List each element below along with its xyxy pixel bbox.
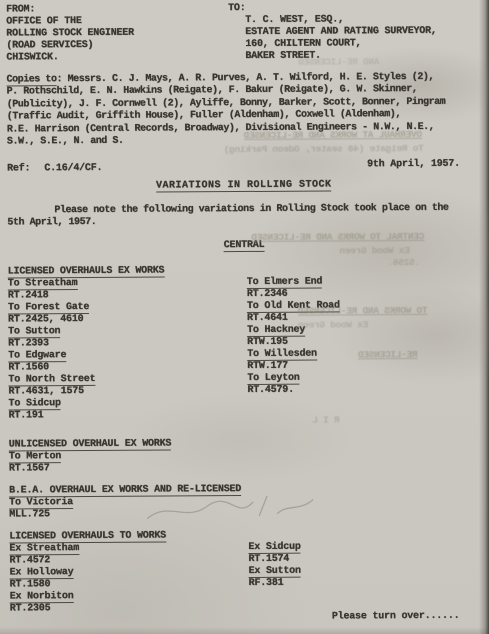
stock-numbers: RT.2346 bbox=[247, 288, 340, 301]
intro-line: 5th April, 1957. bbox=[7, 215, 485, 230]
to-label: TO: bbox=[228, 3, 245, 14]
reference-line: Ref:C.16/4/CF. bbox=[7, 163, 102, 175]
section-right-column: To Elmers End RT.2346 To Old Kent Road R… bbox=[247, 276, 341, 397]
destination-label: Ex Sutton bbox=[249, 566, 301, 578]
bleedthrough-text-artifact: OVERHAUL AT WORKS AND RE-LICENSED bbox=[244, 129, 422, 141]
bleedthrough-text-artifact: TO WORKS AND RE-LICENSED bbox=[298, 305, 428, 317]
handwriting-mark-artifact bbox=[141, 492, 321, 529]
copies-line-rest: : Messrs. C. J. Mays, A. R. Purves, A. T… bbox=[56, 72, 434, 85]
stock-numbers: RT.191 bbox=[9, 408, 479, 423]
from-address-line: OFFICE OF THE bbox=[6, 16, 134, 29]
bleedthrough-text-artifact: Ex Wood Green bbox=[340, 245, 410, 256]
bleedthrough-text-artifact: .5256. bbox=[388, 257, 420, 268]
stock-entry: Ex Sidcup RT.1574 bbox=[248, 542, 300, 566]
stock-numbers: RF.381 bbox=[249, 578, 301, 590]
destination-label: Ex Sidcup bbox=[248, 542, 300, 554]
stock-numbers: RTW.195 bbox=[247, 336, 340, 349]
intro-paragraph: Please note the following variations in … bbox=[7, 203, 485, 230]
bleedthrough-text-artifact: Ex Wood Green bbox=[298, 319, 368, 330]
from-address-line: (ROAD SERVICES) bbox=[6, 40, 134, 53]
document-content: FROM: OFFICE OF THE ROLLING STOCK ENGINE… bbox=[0, 0, 489, 634]
stock-entry: To Merton RT.1567 bbox=[9, 449, 479, 476]
stock-entry: To Elmers End RT.2346 bbox=[247, 276, 340, 301]
from-block: FROM: OFFICE OF THE ROLLING STOCK ENGINE… bbox=[6, 4, 134, 65]
copies-label: Copies to bbox=[7, 74, 57, 86]
stock-entry: To Sutton RT.2393 bbox=[8, 324, 478, 351]
document-page: FROM: OFFICE OF THE ROLLING STOCK ENGINE… bbox=[0, 0, 489, 634]
section-licensed-overhauls-to-works: LICENSED OVERHAULS TO WORKS Ex Streatham… bbox=[9, 529, 480, 616]
stock-entry: Ex Sutton RF.381 bbox=[249, 566, 301, 590]
from-address-line: CHISWICK. bbox=[6, 52, 134, 65]
ref-label: Ref: bbox=[7, 163, 30, 174]
destination-label: To Leyton bbox=[247, 372, 340, 385]
stock-entry: To Leyton RT.4579. bbox=[247, 372, 340, 397]
document-date: 9th April, 1957. bbox=[367, 159, 460, 171]
to-address-line: ESTATE AGENT AND RATING SURVEYOR, bbox=[245, 26, 437, 39]
stock-entry: To Willesden RTW.177 bbox=[247, 348, 340, 373]
stock-entry: To Streatham RT.2418 bbox=[8, 276, 478, 303]
bleedthrough-text-artifact: RE-LICENSED bbox=[358, 349, 417, 360]
bleedthrough-text-artifact: AND RE-LICENSED bbox=[298, 56, 379, 67]
bleedthrough-text-artifact: R I L bbox=[313, 414, 340, 425]
section-right-column: Ex Sidcup RT.1574 Ex Sutton RF.381 bbox=[248, 542, 301, 590]
from-label: FROM: bbox=[6, 4, 134, 17]
page-title: VARIATIONS IN ROLLING STOCK bbox=[156, 179, 332, 192]
section-unlicensed-overhaul-ex-works: UNLICENSED OVERHAUL EX WORKS To Merton R… bbox=[9, 437, 479, 476]
stock-numbers: RT.4579. bbox=[247, 384, 340, 397]
stock-entry: To North Street RT.4631, 1575 bbox=[8, 372, 478, 399]
stock-numbers: RT.1567 bbox=[9, 461, 479, 476]
bleedthrough-text-artifact: CENTRAL TO WORKS AND RE-LICENSED bbox=[251, 231, 424, 243]
bleedthrough-text-artifact: To Reigate (40 seater, Odeon Parking) bbox=[224, 143, 424, 155]
stock-numbers: RT.1574 bbox=[248, 554, 300, 566]
destination-label: To Willesden bbox=[247, 348, 340, 361]
stock-entry: To Sidcup RT.191 bbox=[8, 396, 478, 423]
turn-over-note: Please turn over...... bbox=[332, 611, 460, 623]
from-address-line: ROLLING STOCK ENGINEER bbox=[6, 28, 134, 41]
section-left-column: Ex Streatham RT.4572 Ex Holloway RT.1580… bbox=[9, 541, 479, 616]
destination-label: To Elmers End bbox=[247, 276, 340, 289]
section-licensed-overhauls-ex-works: LICENSED OVERHAULS EX WORKS To Streatham… bbox=[8, 264, 479, 423]
stock-entry: Ex Holloway RT.1580 bbox=[10, 565, 480, 592]
stock-entry: Ex Streatham RT.4572 bbox=[9, 541, 479, 568]
ref-number: C.16/4/CF. bbox=[44, 163, 102, 174]
stock-numbers: RTW.177 bbox=[247, 360, 340, 373]
title-row: VARIATIONS IN ROLLING STOCK bbox=[0, 179, 488, 193]
